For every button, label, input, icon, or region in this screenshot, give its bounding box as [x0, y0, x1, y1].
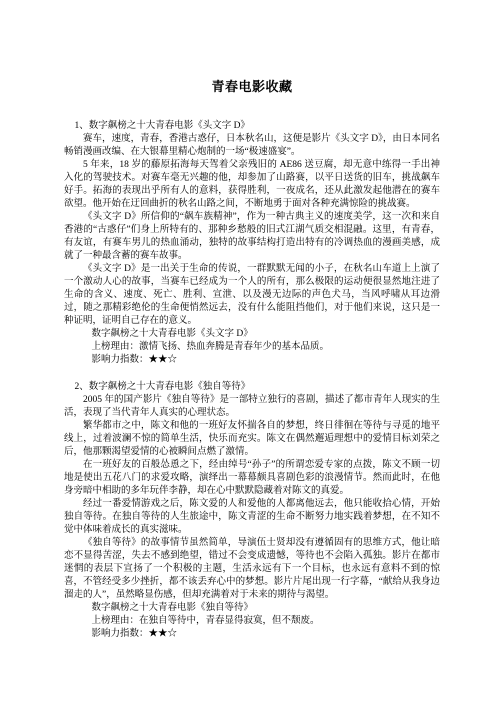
paragraph: 2005 年的国产影片《独自等待》是一部特立独行的喜剧，描述了都市青年人现实的生…: [64, 394, 440, 420]
paragraph: 《头文字 D》是一出关于生命的传说，一群默默无闻的小子，在秋名山车道上上演了一个…: [64, 263, 440, 328]
paragraph: 《头文字 D》所信仰的“飙车族精神”，作为一种古典主义的速度美学，这一次和来自香…: [64, 211, 440, 263]
film-title-line: 数字飙榜之十大青春电影《独自等待》: [64, 602, 440, 615]
paragraph: 5 年来，18 岁的藤原拓海每天驾着父亲残旧的 AE86 送豆腐，却无意中练得一…: [64, 159, 440, 211]
rating-line: 影响力指数：★★☆: [64, 354, 440, 367]
document-page: 青春电影收藏 1、数字飙榜之十大青春电影《头文字 D》 赛车，速度，青春，香港古…: [0, 0, 496, 702]
reason-line: 上榜理由：在独自等待中，青春显得寂寞，但不颓废。: [64, 615, 440, 628]
section-waiting-alone: 2、数字飙榜之十大青春电影《独自等待》 2005 年的国产影片《独自等待》是一部…: [64, 381, 440, 641]
paragraph: 繁华都市之中，陈文和他的一班好友怀揣各自的梦想，终日徘徊在等待与寻觅的地平线上，…: [64, 420, 440, 459]
reason-line: 上榜理由：激情飞扬、热血奔腾是青春年少的基本品质。: [64, 341, 440, 354]
section-initial-d: 1、数字飙榜之十大青春电影《头文字 D》 赛车，速度，青春，香港古惑仔，日本秋名…: [64, 120, 440, 367]
section-1-heading: 1、数字飙榜之十大青春电影《头文字 D》: [64, 120, 440, 133]
document-title: 青春电影收藏: [64, 78, 440, 95]
paragraph: 《独自等待》的故事情节虽然简单，导演伍士贤却没有遵循固有的思维方式，他让暗恋不显…: [64, 537, 440, 602]
section-2-heading: 2、数字飙榜之十大青春电影《独自等待》: [64, 381, 440, 394]
paragraph: 赛车，速度，青春，香港古惑仔，日本秋名山，这便是影片《头文字 D》，由日本同名畅…: [64, 133, 440, 159]
paragraph: 经过一番爱情游戏之后，陈文爱的人和爱他的人都离他远去，他只能收拾心情，开始独自等…: [64, 498, 440, 537]
paragraph: 在一班好友的百般怂恿之下，经由绰号“孙子”的所谓恋爱专家的点拨，陈文不顾一切地是…: [64, 459, 440, 498]
rating-line: 影响力指数：★★☆: [64, 628, 440, 641]
film-title-line: 数字飙榜之十大青春电影《头文字 D》: [64, 328, 440, 341]
